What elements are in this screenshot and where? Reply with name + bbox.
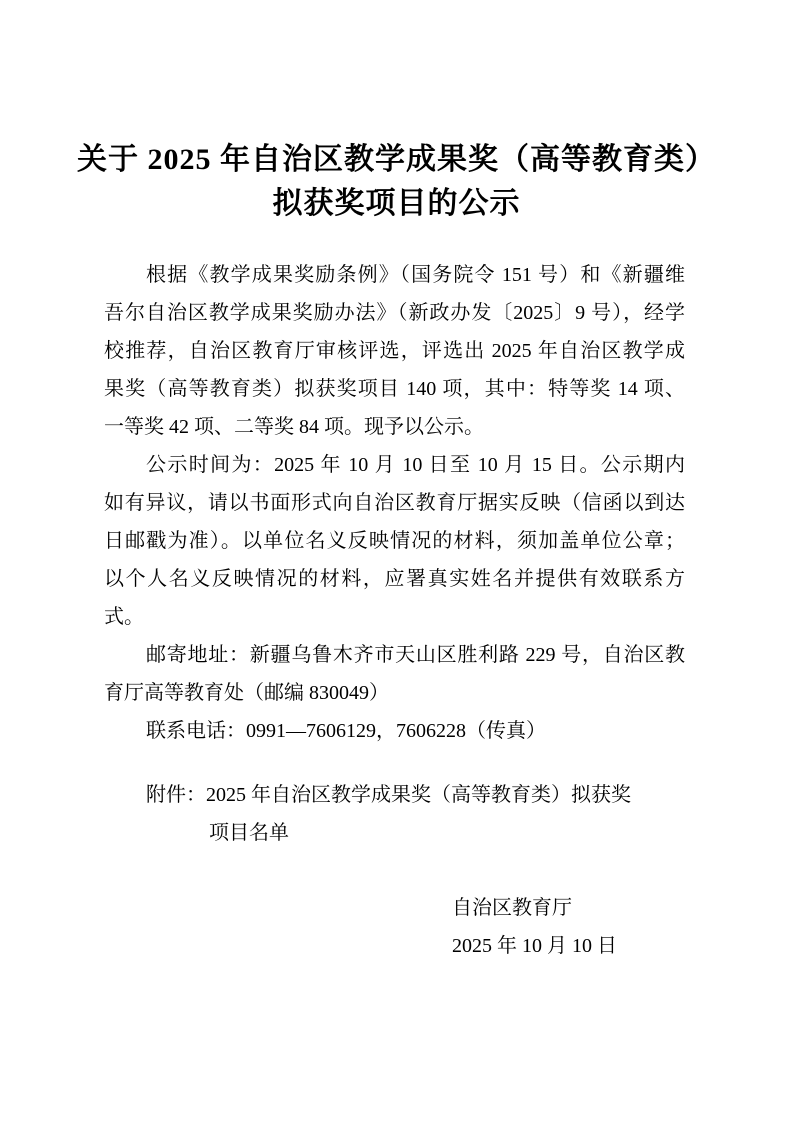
signature-inner: 自治区教育厅 2025 年 10 月 10 日: [452, 889, 617, 965]
document-body: 根据《教学成果奖励条例》（国务院令 151 号）和《新疆维 吾尔自治区教学成果奖…: [104, 256, 685, 965]
signature-block: 自治区教育厅 2025 年 10 月 10 日: [104, 889, 685, 965]
title-line-2: 拟获奖项目的公示: [50, 182, 743, 226]
title-line-1: 关于 2025 年自治区教学成果奖（高等教育类）: [50, 138, 743, 182]
signature-org: 自治区教育厅: [452, 889, 617, 927]
body-line: 吾尔自治区教学成果奖励办法》（新政办发〔2025〕9 号），经学: [104, 294, 685, 332]
body-line: 校推荐，自治区教育厅审核评选，评选出 2025 年自治区教学成: [104, 332, 685, 370]
body-line: 联系电话：0991—7606129，7606228（传真）: [104, 712, 685, 750]
paragraph-mailing-address: 邮寄地址：新疆乌鲁木齐市天山区胜利路 229 号，自治区教 育厅高等教育处（邮编…: [104, 636, 685, 712]
body-line: 根据《教学成果奖励条例》（国务院令 151 号）和《新疆维: [104, 256, 685, 294]
body-line: 以个人名义反映情况的材料，应署真实姓名并提供有效联系方: [104, 560, 685, 598]
attachment-line: 附件：2025 年自治区教学成果奖（高等教育类）拟获奖: [104, 776, 685, 814]
body-line: 果奖（高等教育类）拟获奖项目 140 项，其中：特等奖 14 项、: [104, 370, 685, 408]
body-line: 一等奖 42 项、二等奖 84 项。现予以公示。: [104, 408, 685, 446]
paragraph-basis: 根据《教学成果奖励条例》（国务院令 151 号）和《新疆维 吾尔自治区教学成果奖…: [104, 256, 685, 446]
document-title: 关于 2025 年自治区教学成果奖（高等教育类） 拟获奖项目的公示: [50, 138, 743, 226]
attachment-note: 附件：2025 年自治区教学成果奖（高等教育类）拟获奖 项目名单: [104, 776, 685, 852]
body-line: 如有异议，请以书面形式向自治区教育厅据实反映（信函以到达: [104, 484, 685, 522]
paragraph-publicity-period: 公示时间为：2025 年 10 月 10 日至 10 月 15 日。公示期内 如…: [104, 446, 685, 636]
paragraph-contact-phone: 联系电话：0991—7606129，7606228（传真）: [104, 712, 685, 750]
signature-date: 2025 年 10 月 10 日: [452, 927, 617, 965]
document-page: 关于 2025 年自治区教学成果奖（高等教育类） 拟获奖项目的公示 根据《教学成…: [0, 0, 793, 1122]
body-line: 式。: [104, 598, 685, 636]
body-line: 邮寄地址：新疆乌鲁木齐市天山区胜利路 229 号，自治区教: [104, 636, 685, 674]
body-line: 育厅高等教育处（邮编 830049）: [104, 674, 685, 712]
body-line: 日邮戳为准）。以单位名义反映情况的材料，须加盖单位公章；: [104, 522, 685, 560]
attachment-line: 项目名单: [104, 814, 685, 852]
body-line: 公示时间为：2025 年 10 月 10 日至 10 月 15 日。公示期内: [104, 446, 685, 484]
